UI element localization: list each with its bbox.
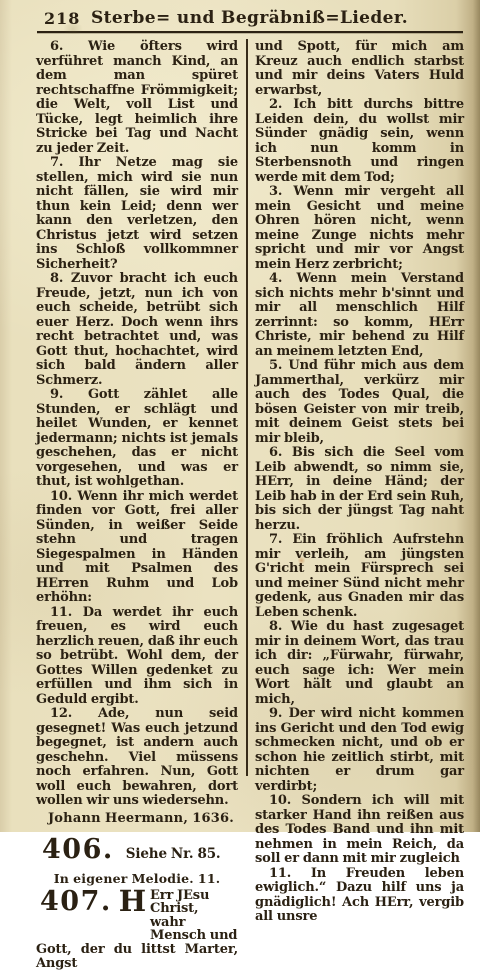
verse-paragraph: 9. Der wird nicht kommen ins Gericht und… bbox=[255, 707, 464, 794]
verse-paragraph: 12. Ade, nun seid gesegnet! Was euch jet… bbox=[36, 707, 238, 809]
verse-paragraph: 10. Sondern ich will mit starker Hand ih… bbox=[255, 794, 464, 832]
verse-paragraph: 2. Ich bitt durchs bittre Leiden dein, d… bbox=[255, 98, 464, 185]
page-header-title: Sterbe= und Begräbniß=Lieder. bbox=[36, 8, 463, 28]
verse-paragraph: 7. Ein fröhlich Aufrstehn mir verleih, a… bbox=[255, 533, 464, 620]
verse-paragraph: 5. Und führ mich aus dem Jammerthal, ver… bbox=[255, 359, 464, 446]
verse-paragraph: 4. Wenn mein Verstand sich nichts mehr b… bbox=[255, 272, 464, 359]
verse-paragraph: 6. Bis sich die Seel vom Leib abwendt, s… bbox=[255, 446, 464, 533]
hymn-attribution: Johann Heermann, 1636. bbox=[36, 812, 234, 827]
verse-paragraph: 10. Wenn ihr mich werdet finden vor Gott… bbox=[36, 490, 238, 606]
verse-paragraph: 8. Zuvor bracht ich euch Freude, jetzt, … bbox=[36, 272, 238, 388]
right-column: und Spott, für mich am Kreuz auch endlic… bbox=[255, 40, 464, 832]
verse-paragraph: 3. Wenn mir vergeht all mein Gesicht und… bbox=[255, 185, 464, 272]
verse-continuation: und Spott, für mich am Kreuz auch endlic… bbox=[255, 40, 464, 98]
left-column: 6. Wie öfters wird verführet manch Kind,… bbox=[36, 40, 238, 832]
header-rule bbox=[37, 31, 463, 33]
book-page: 218 Sterbe= und Begräbniß=Lieder. 6. Wie… bbox=[0, 0, 480, 832]
verse-paragraph: 6. Wie öfters wird verführet manch Kind,… bbox=[36, 40, 238, 156]
column-divider-rule bbox=[246, 39, 248, 776]
verse-paragraph: 8. Wie du hast zugesaget mir in deinem W… bbox=[255, 620, 464, 707]
verse-paragraph: 9. Gott zählet alle Stunden, er schlägt … bbox=[36, 388, 238, 490]
verse-paragraph: 11. Da werdet ihr euch freuen, es wird e… bbox=[36, 606, 238, 708]
verse-paragraph: 7. Ihr Netze mag sie stellen, mich wird … bbox=[36, 156, 238, 272]
